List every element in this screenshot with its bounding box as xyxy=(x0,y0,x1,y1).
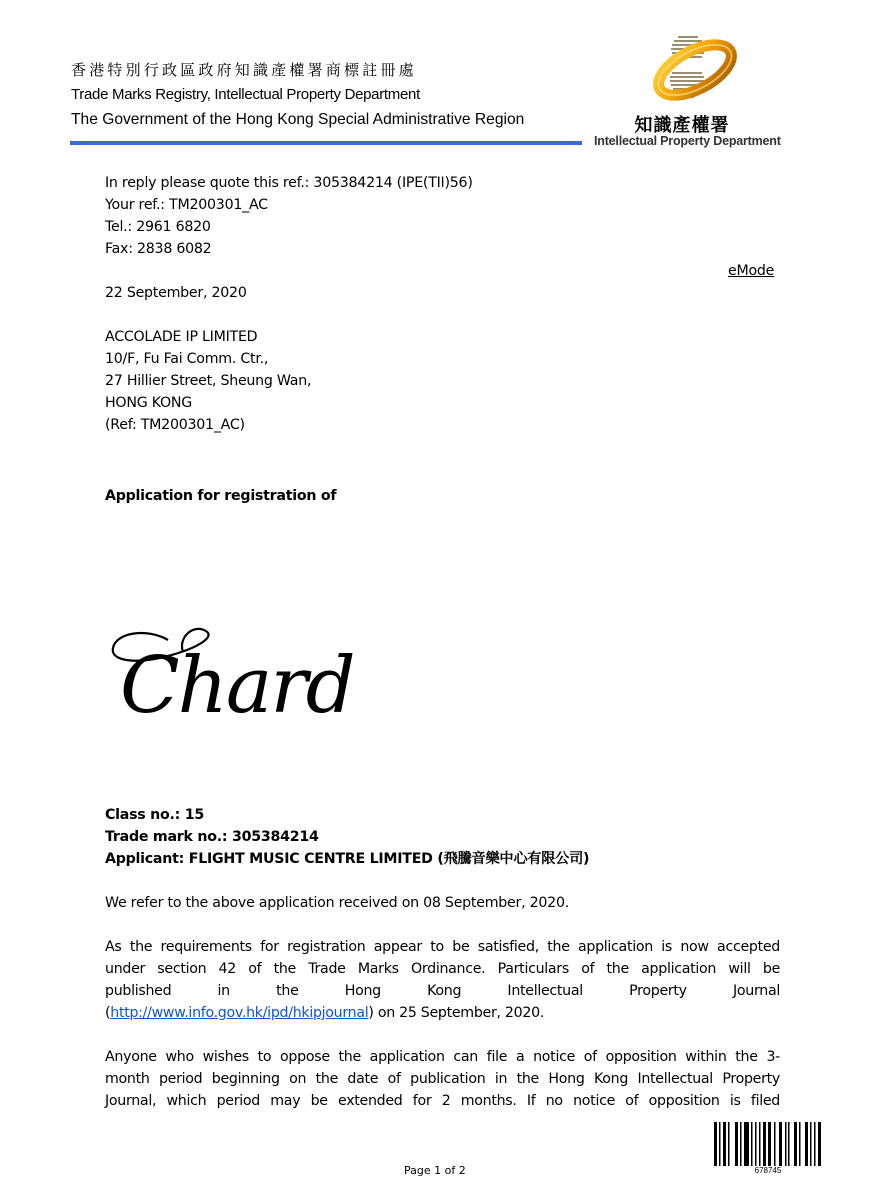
received-paragraph: We refer to the above application receiv… xyxy=(105,892,569,914)
page-number: Page 1 of 2 xyxy=(404,1164,466,1177)
paragraph-line: (http://www.info.gov.hk/ipd/hkipjournal)… xyxy=(105,1002,780,1024)
paragraph-line: published in the Hong Kong Intellectual … xyxy=(105,980,780,1002)
gold-ring-logo-icon xyxy=(594,28,794,113)
trade-mark-image: Chard xyxy=(108,618,388,728)
your-reference: Your ref.: TM200301_AC xyxy=(105,194,473,216)
government-title: The Government of the Hong Kong Special … xyxy=(71,111,524,129)
applicant: Applicant: FLIGHT MUSIC CENTRE LIMITED (… xyxy=(105,848,589,870)
trade-mark-number: Trade mark no.: 305384214 xyxy=(105,826,589,848)
class-number: Class no.: 15 xyxy=(105,804,589,826)
trade-mark-wordmark: Chard xyxy=(120,641,354,728)
acceptance-paragraph: As the requirements for registration app… xyxy=(105,936,780,1024)
ipd-logo: 知識產權署 Intellectual Property Department xyxy=(594,28,794,153)
barcode-icon xyxy=(714,1122,822,1166)
address-line: HONG KONG xyxy=(105,392,311,414)
logo-english-name: Intellectual Property Department xyxy=(594,134,781,148)
recipient-name: ACCOLADE IP LIMITED xyxy=(105,326,311,348)
registry-chinese-title: 香港特別行政區政府知識產權署商標註冊處 xyxy=(71,59,417,80)
header-rule xyxy=(70,141,582,145)
paragraph-line: Anyone who wishes to oppose the applicat… xyxy=(105,1046,780,1068)
address-line: 10/F, Fu Fai Comm. Ctr., xyxy=(105,348,311,370)
address-line: 27 Hillier Street, Sheung Wan, xyxy=(105,370,311,392)
registry-english-title: Trade Marks Registry, Intellectual Prope… xyxy=(71,86,420,103)
opposition-paragraph: Anyone who wishes to oppose the applicat… xyxy=(105,1046,780,1112)
application-heading: Application for registration of xyxy=(105,485,336,507)
application-details: Class no.: 15 Trade mark no.: 305384214 … xyxy=(105,804,589,870)
recipient-ref: (Ref: TM200301_AC) xyxy=(105,414,311,436)
barcode-number: 678745 xyxy=(714,1166,822,1175)
fax: Fax: 2838 6082 xyxy=(105,238,473,260)
paragraph-line: month period beginning on the date of pu… xyxy=(105,1068,780,1090)
our-reference: In reply please quote this ref.: 3053842… xyxy=(105,172,473,194)
recipient-address: ACCOLADE IP LIMITED 10/F, Fu Fai Comm. C… xyxy=(105,326,311,436)
emode-label: eMode xyxy=(728,260,774,282)
letter-date: 22 September, 2020 xyxy=(105,282,247,304)
ip-journal-link[interactable]: http://www.info.gov.hk/ipd/hkipjournal xyxy=(110,1005,368,1021)
paragraph-line: Journal, which period may be extended fo… xyxy=(105,1090,780,1112)
paragraph-line: As the requirements for registration app… xyxy=(105,936,780,958)
telephone: Tel.: 2961 6820 xyxy=(105,216,473,238)
publication-date-text: ) on 25 September, 2020. xyxy=(368,1005,544,1021)
paragraph-line: under section 42 of the Trade Marks Ordi… xyxy=(105,958,780,980)
reference-block: In reply please quote this ref.: 3053842… xyxy=(105,172,473,260)
